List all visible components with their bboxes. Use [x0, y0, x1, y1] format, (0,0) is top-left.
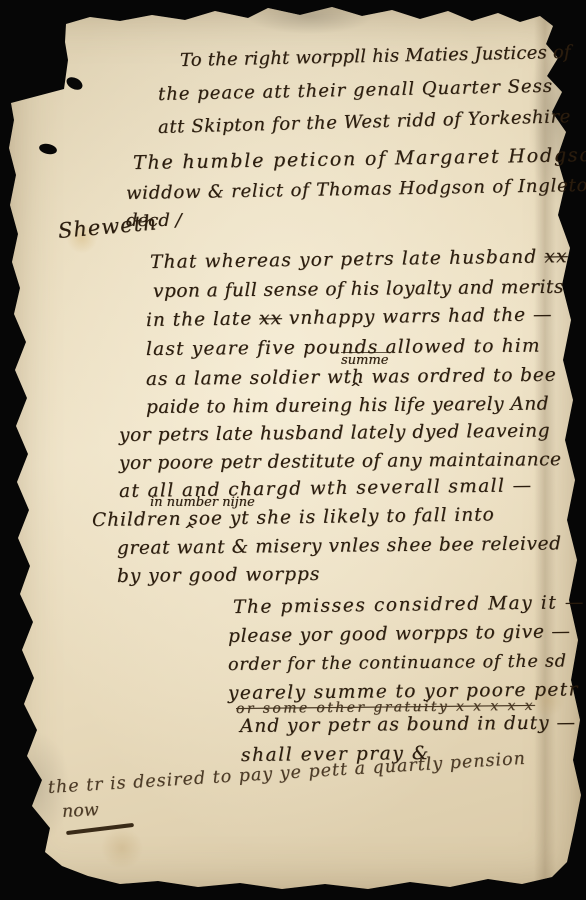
- line-text: yor poore petr destitute of any maintain…: [119, 449, 562, 474]
- line-text: order for the continuance of the sd: [228, 651, 567, 675]
- line-text: And yor petr as bound in duty —: [240, 712, 576, 737]
- line-text: ^: [184, 523, 195, 538]
- line-text: vpon a full sense of his loyalty and mer…: [153, 277, 564, 302]
- line-text: vnhappy warrs had the —: [282, 304, 553, 329]
- body-line-2: vpon a full sense of his loyalty and mer…: [153, 277, 564, 302]
- line-text: now: [61, 800, 99, 822]
- prayer-line-5: And yor petr as bound in duty —: [240, 712, 576, 737]
- line-text: by yor good worpps: [117, 564, 321, 587]
- struck-text: xx: [544, 246, 568, 267]
- line-text: summe: [341, 353, 388, 368]
- manuscript-photo: To the right worppll his Maties Justices…: [0, 0, 586, 900]
- body-line-6: paide to him dureing his life yearely An…: [146, 393, 549, 418]
- line-text: in number nijne: [150, 495, 255, 510]
- inserted-phrase: in number nijne: [150, 495, 255, 510]
- body-line-8: yor poore petr destitute of any maintain…: [119, 449, 562, 474]
- struck-text: xx: [259, 308, 282, 329]
- line-text: paide to him dureing his life yearely An…: [146, 393, 549, 418]
- line-text: ^: [350, 381, 361, 396]
- endorsement-line-2: now: [61, 800, 99, 822]
- body-line-12: by yor good worpps: [117, 564, 321, 587]
- inserted-word: summe: [341, 352, 388, 368]
- caret-mark: ^: [184, 523, 195, 538]
- prayer-line-3: order for the continuance of the sd: [228, 651, 567, 675]
- caret-mark: ^: [350, 381, 361, 396]
- line-text: in the late: [146, 308, 259, 331]
